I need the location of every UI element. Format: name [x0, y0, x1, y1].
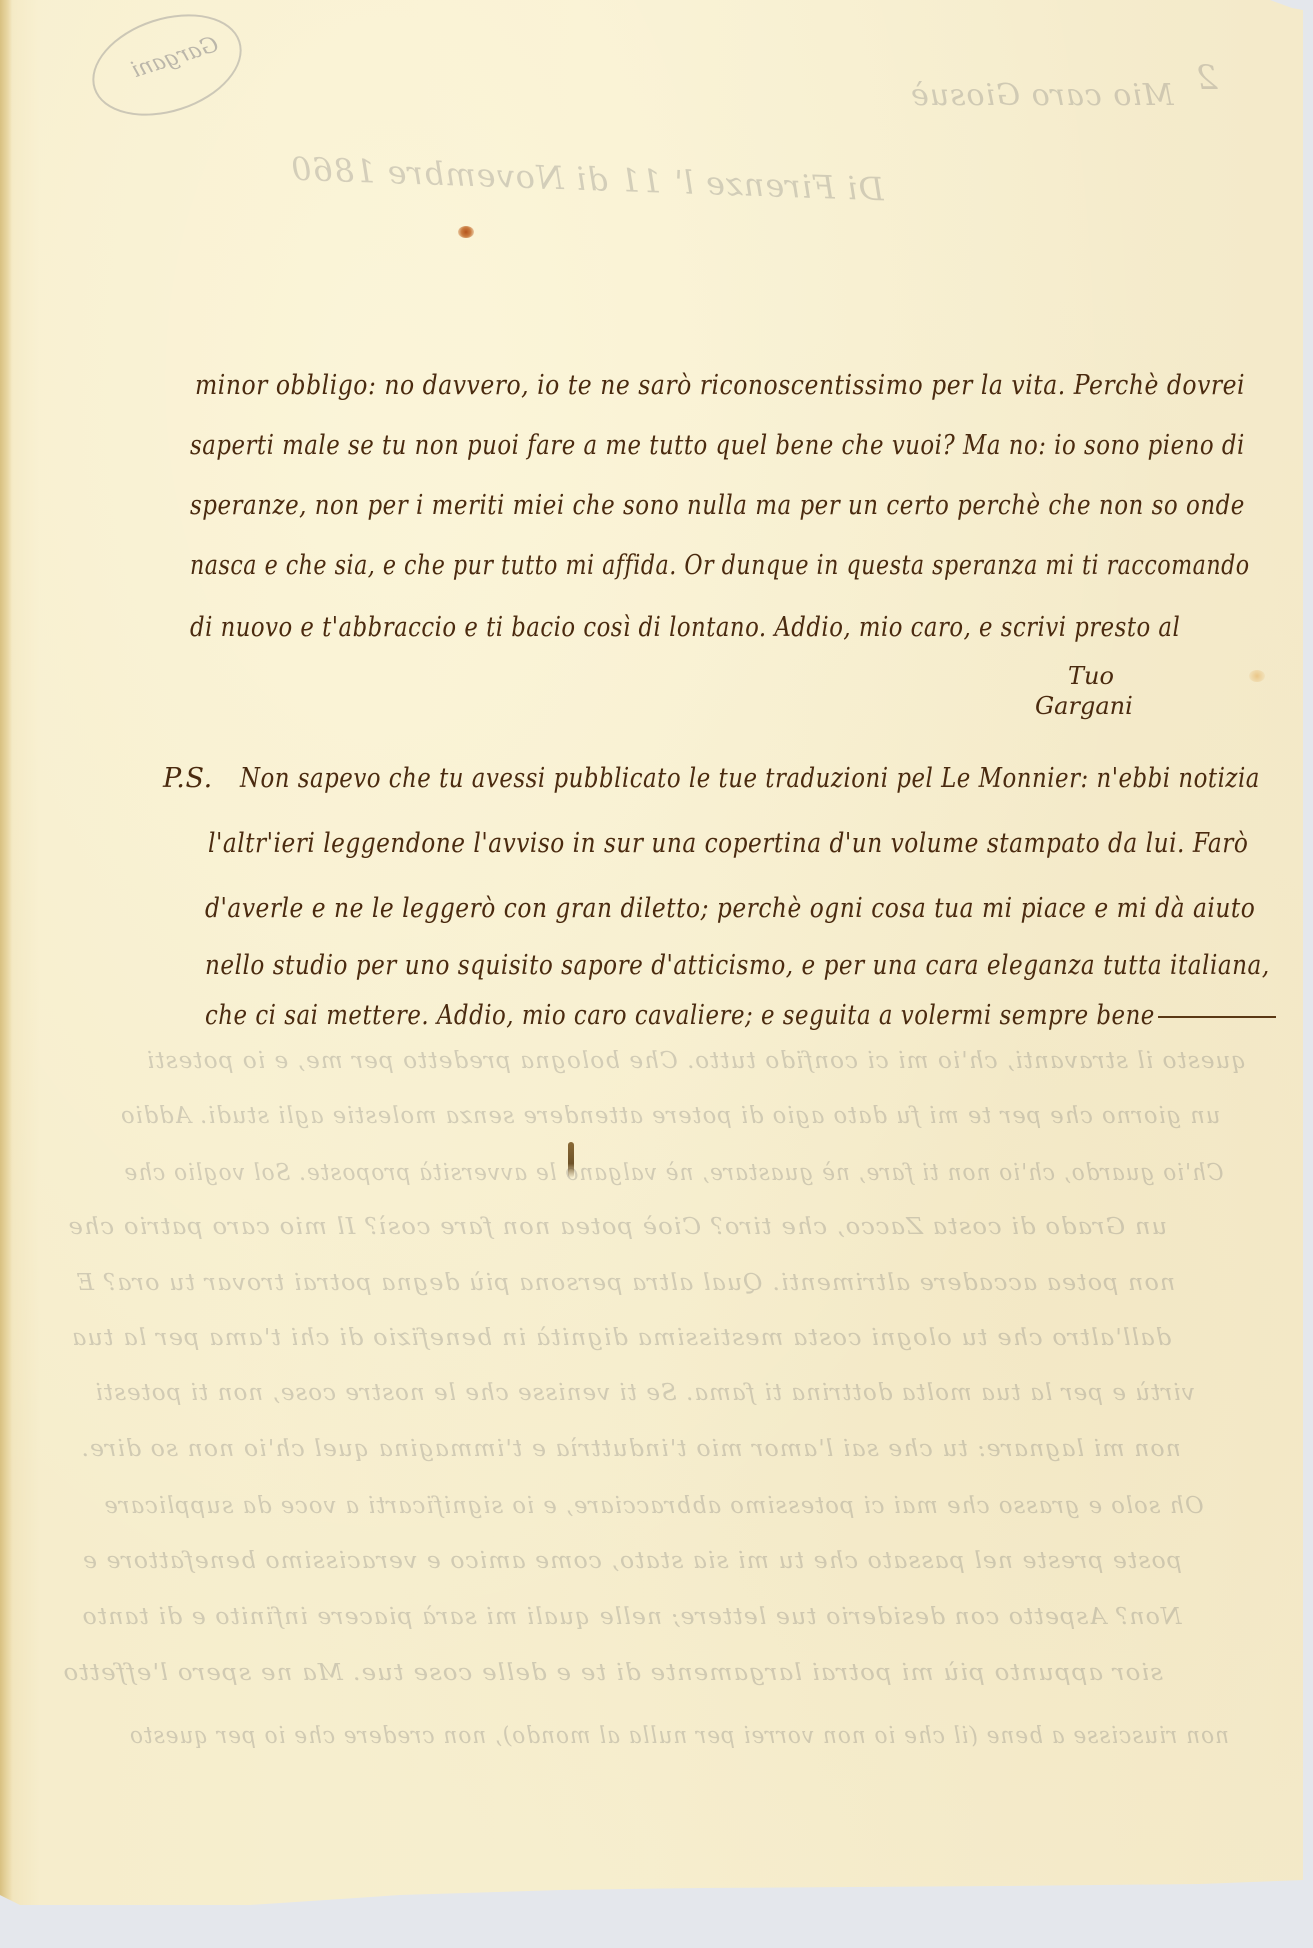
postscript-label: P.S. — [163, 763, 213, 794]
body-line-5: di nuovo e t'abbraccio e ti bacio così d… — [190, 612, 1180, 643]
letter-recto: minor obbligo: no davvero, io te ne sarò… — [0, 0, 1313, 1948]
body-line-2: saperti male se tu non puoi fare a me tu… — [190, 430, 1245, 461]
closing-flourish-line — [1158, 1016, 1276, 1018]
body-line-4: nasca e che sia, e che pur tutto mi affi… — [190, 550, 1250, 581]
signature-name: Gargani — [1035, 692, 1133, 720]
body-line-1: minor obbligo: no davvero, io te ne sarò… — [195, 370, 1245, 401]
postscript-line-1: Non sapevo che tu avessi pubblicato le t… — [240, 763, 1260, 794]
document-scan: Gargani Mio caro Giosuè 2 Di Firenze l' … — [0, 0, 1313, 1948]
signature-tuo: Tuo — [1068, 662, 1114, 690]
postscript-line-2: l'altr'ieri leggendone l'avviso in sur u… — [208, 828, 1248, 859]
postscript-line-3: d'averle e ne le leggerò con gran dilett… — [205, 893, 1255, 924]
postscript-line-4: nello studio per uno squisito sapore d'a… — [205, 950, 1270, 981]
postscript-line-5: che ci sai mettere. Addio, mio caro cava… — [205, 1000, 1155, 1031]
body-line-3: speranze, non per i meriti miei che sono… — [190, 490, 1245, 521]
